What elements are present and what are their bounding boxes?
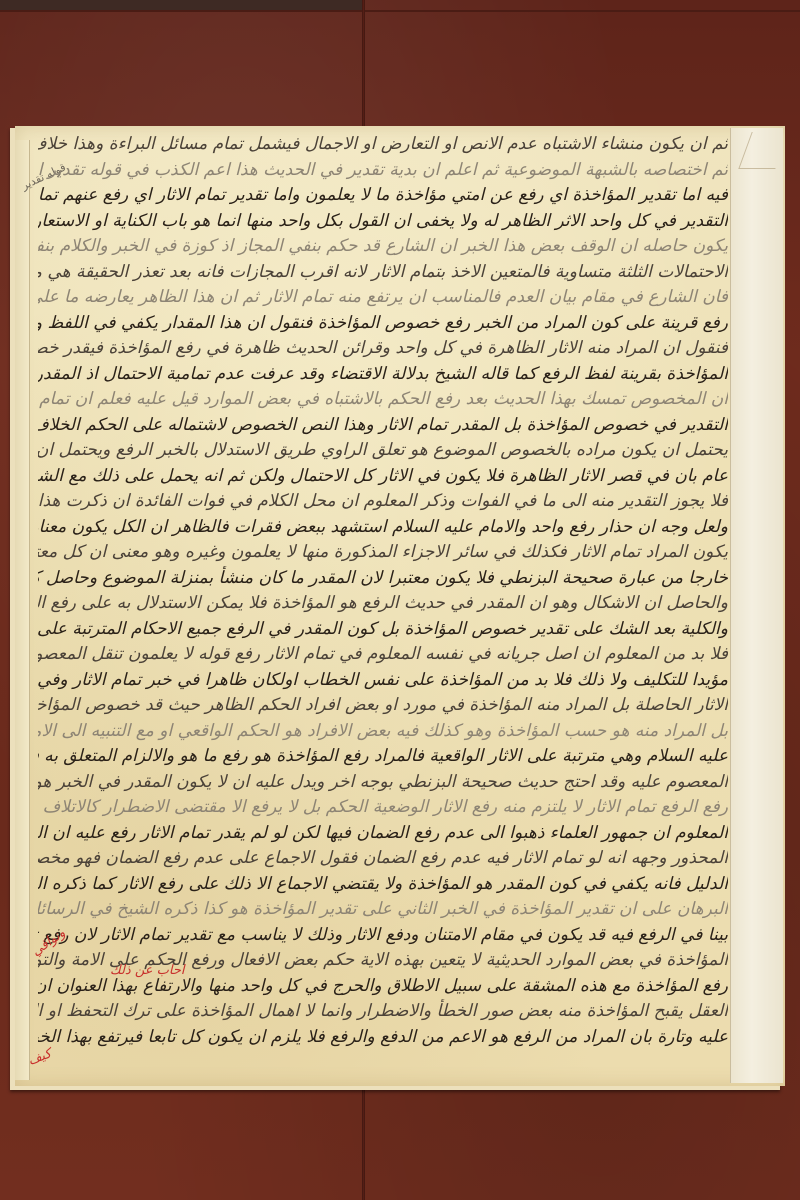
manuscript-line: فلا يجوز التقدير منه الى ما في الفوات وذ…: [38, 489, 728, 515]
manuscript-line: يكون المراد تمام الاثار فكذلك في سائر ال…: [38, 540, 728, 566]
manuscript-line: يكون حاصله ان الوقف بعض هذا الخبر ان الش…: [38, 234, 728, 260]
manuscript-line: البرهان على ان تقدير المؤاخذة في الخبر ا…: [38, 897, 728, 923]
manuscript-line: والكلية بعد الشك على تقدير خصوص المؤاخذة…: [38, 617, 728, 643]
manuscript-text-block: ثم ان يكون منشاء الاشتباه عدم الانص او ا…: [38, 132, 728, 1077]
manuscript-line: فنقول ان المراد منه الاثار الظاهرة في كل…: [38, 336, 728, 362]
manuscript-line: المحذور وجهه انه لو تمام الاثار فيه عدم …: [38, 846, 728, 872]
manuscript-line: بينا في الرفع فيه قد يكون في مقام الامتن…: [38, 923, 728, 949]
manuscript-line: عليه السلام وهي مترتبة على الاثار الواقع…: [38, 744, 728, 770]
manuscript-line: فان الشارع في مقام بيان العدم فالمناسب ا…: [38, 285, 728, 311]
manuscript-line: فلا بد من المعلوم ان اصل جريانه في نفسه …: [38, 642, 728, 668]
leather-seam-horizontal: [0, 10, 800, 12]
manuscript-line: التقدير في خصوص المؤاخذة بل المقدر تمام …: [38, 413, 728, 439]
manuscript-line: الاحتمالات الثلثة متساوية فالمتعين الاخذ…: [38, 260, 728, 286]
red-inline-note: احاب عن ذلك: [110, 963, 184, 978]
manuscript-line: رفع قرينة على كون المراد من الخبر رفع خص…: [38, 311, 728, 337]
manuscript-line: العقل يقبح المؤاخذة منه بعض صور الخطأ وا…: [38, 999, 728, 1025]
manuscript-line: التقدير في كل واحد الاثر الظاهر له ولا ي…: [38, 209, 728, 235]
manuscript-line: ان المخصوص تمسك بهذا الحديث بعد رفع الحك…: [38, 387, 728, 413]
manuscript-line: مؤيدا للتكليف ولا ذلك فلا بد من المؤاخذة…: [38, 668, 728, 694]
manuscript-line: عام بان في قصر الاثار الظاهرة فلا يكون ف…: [38, 464, 728, 490]
manuscript-line: المعلوم ان جمهور العلماء ذهبوا الى عدم ر…: [38, 821, 728, 847]
manuscript-line: والحاصل ان الاشكال وهو ان المقدر في حديث…: [38, 591, 728, 617]
manuscript-line: فيه اما تقدير المؤاخذة اي رفع عن امتي مؤ…: [38, 183, 728, 209]
manuscript-line: الاثار الحاصلة بل المراد منه المؤاخذة في…: [38, 693, 728, 719]
page-left-edge: [15, 140, 30, 1080]
manuscript-line: يحتمل ان يكون مراده بالخصوص الموضوع هو ت…: [38, 438, 728, 464]
manuscript-line: الدليل فانه يكفي في كون المقدر هو المؤاخ…: [38, 872, 728, 898]
paper-guard-strip: [730, 128, 783, 1083]
manuscript-line: عليه وتارة بان المراد من الرفع هو الاعم …: [38, 1025, 728, 1051]
manuscript-line: ثم اختصاصه بالشبهة الموضوعية ثم اعلم ان …: [38, 158, 728, 184]
manuscript-line: رفع الرفع تمام الاثار لا يلتزم منه رفع ا…: [38, 795, 728, 821]
manuscript-line: خارجا من عبارة صحيحة البزنطي فلا يكون مع…: [38, 566, 728, 592]
manuscript-line: المؤاخذة بقرينة لفظ الرفع كما قاله الشيخ…: [38, 362, 728, 388]
manuscript-line: ثم ان يكون منشاء الاشتباه عدم الانص او ا…: [38, 132, 728, 158]
manuscript-line: بل المراد منه هو حسب المؤاخذة وهو كذلك ف…: [38, 719, 728, 745]
manuscript-line: المعصوم عليه وقد احتج حديث صحيحة البزنطي…: [38, 770, 728, 796]
manuscript-line: ولعل وجه ان حذار رفع واحد والامام عليه ا…: [38, 515, 728, 541]
